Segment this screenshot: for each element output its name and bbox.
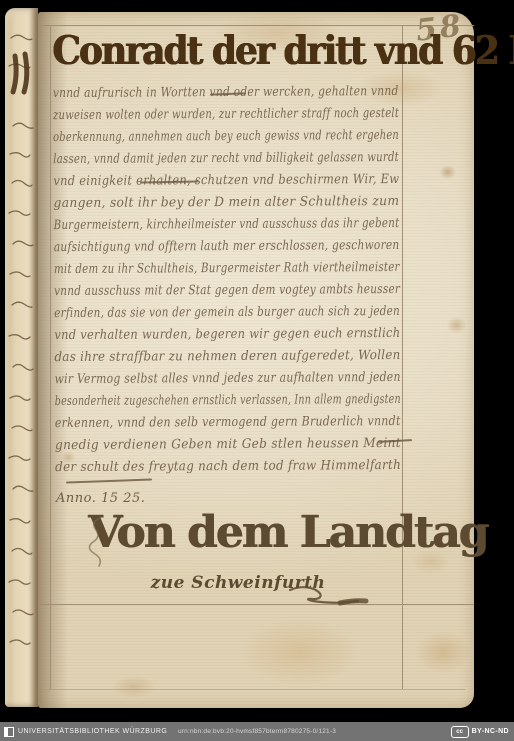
- section-subheading: zue Schweinfurth: [88, 572, 388, 594]
- manuscript-line: besonderheit zugeschehen ernstlich verla…: [55, 389, 401, 413]
- library-branding: UNIVERSITÄTSBIBLIOTHEK WÜRZBURG: [4, 727, 167, 737]
- ink-strikethrough: [66, 478, 152, 483]
- section-heading-text: Von dem Landtag: [88, 507, 487, 558]
- ruled-line-middle: [38, 604, 474, 605]
- manuscript-line: lassen, vnnd damit jeden zur recht vnd b…: [53, 147, 399, 171]
- creative-commons-icon: cc: [451, 726, 469, 738]
- scan-viewport: 58 Conradt der dritt vnd 62 Bischoff vnn…: [0, 0, 514, 741]
- previous-page-edge: [5, 8, 38, 707]
- manuscript-line: gnedig verdienen Geben mit Geb stlen heu…: [55, 433, 401, 457]
- manuscript-line: aufsichtigung vnd offtern lauth mer ersc…: [54, 235, 400, 259]
- section-subheading-text: zue Schweinfurth: [151, 573, 326, 593]
- ruled-margin-line-left: [50, 25, 51, 689]
- manuscript-line: vnnd aufrurisch in Wortten vnd oder werc…: [53, 81, 399, 105]
- manuscript-line: erfinden, das sie von der gemein als bur…: [54, 301, 400, 325]
- section-heading: Von dem Landtag: [88, 506, 388, 560]
- license-badge: cc BY-NC-ND: [451, 726, 509, 738]
- manuscript-line: mit dem zu ihr Schultheis, Burgermeister…: [54, 257, 400, 281]
- manuscript-line: vnnd ausschuss mit der Stat gegen dem vo…: [54, 279, 400, 303]
- manuscript-line: vnd verhalten wurden, begeren wir gegen …: [54, 323, 400, 347]
- manuscript-line: oberkennung, annehmen auch bey euch gewi…: [53, 125, 399, 149]
- manuscript-line: vnd einigkeit erhalten, schutzen vnd bes…: [53, 169, 399, 193]
- manuscript-page: 58 Conradt der dritt vnd 62 Bischoff vnn…: [38, 12, 474, 708]
- chapter-heading-text: Conradt der dritt vnd 62 Bischoff: [52, 28, 514, 74]
- viewer-footer-bar: UNIVERSITÄTSBIBLIOTHEK WÜRZBURG urn:nbn:…: [0, 722, 514, 741]
- manuscript-line: Burgermeistern, kirchheilmeister vnd aus…: [54, 213, 400, 237]
- manuscript-line: das ihre straffbar zu nehmen deren aufge…: [54, 345, 400, 369]
- manuscript-body: vnnd aufrurisch in Wortten vnd oder werc…: [53, 81, 405, 479]
- library-logo-icon: [4, 727, 14, 737]
- manuscript-line: gangen, solt ihr bey der D mein alter Sc…: [53, 191, 399, 215]
- chapter-heading: Conradt der dritt vnd 62 Bischoff: [52, 22, 514, 86]
- library-name: UNIVERSITÄTSBIBLIOTHEK WÜRZBURG: [18, 728, 167, 735]
- license-label: BY-NC-ND: [472, 728, 509, 735]
- manuscript-line: zuweisen wolten oder wurden, zur rechtli…: [53, 103, 399, 127]
- manuscript-line: der schult des freytag nach dem tod fraw…: [55, 455, 401, 479]
- manuscript-line: erkennen, vnnd den selb vermogend gern B…: [55, 411, 401, 435]
- previous-page-text-fragments: [5, 8, 38, 707]
- ruled-line-bottom: [46, 689, 465, 690]
- manuscript-line: wir Vermog selbst alles vnnd jedes zur a…: [55, 367, 401, 391]
- urn-identifier: urn:nbn:de:bvb:20-hvmsf857bterm8780275-0…: [178, 728, 336, 735]
